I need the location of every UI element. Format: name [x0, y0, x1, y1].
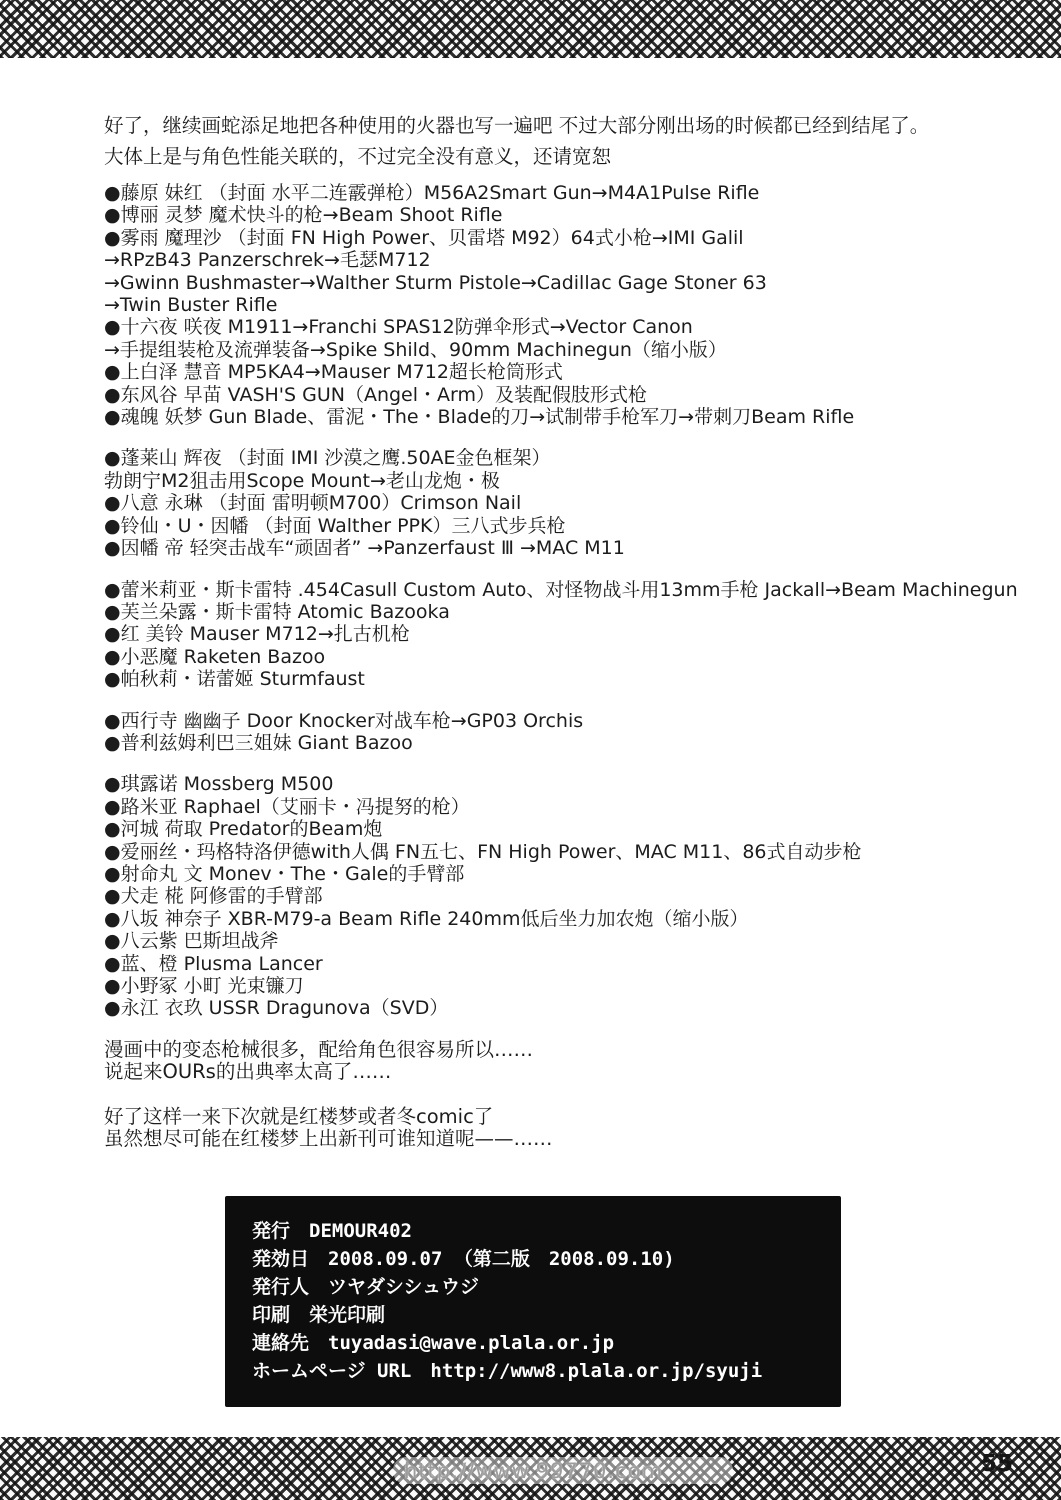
- weapon-line: ●西行寺 幽幽子 Door Knocker对战车枪→GP03 Orchis: [104, 710, 984, 732]
- weapon-line: ●雾雨 魔理沙 （封面 FN High Power、贝雷塔 M92）64式小枪→…: [104, 227, 984, 249]
- colophon-label: 印刷: [252, 1304, 290, 1326]
- colophon-label: 発効日: [252, 1248, 309, 1270]
- weapon-line: ●普利兹姆利巴三姐妹 Giant Bazoo: [104, 732, 984, 754]
- weapon-line: ●琪露诺 Mossberg M500: [104, 773, 984, 795]
- colophon-row: 発効日 2008.09.07 （第二版 2008.09.10): [252, 1245, 831, 1273]
- weapon-line: ●小恶魔 Raketen Bazoo: [104, 646, 984, 668]
- colophon-value: 2008.09.07 （第二版 2008.09.10): [328, 1248, 675, 1270]
- colophon-row: 連絡先 tuyadasi@wave.plala.or.jp: [252, 1329, 831, 1357]
- weapon-line: 勃朗宁M2狙击用Scope Mount→老山龙炮・极: [104, 470, 984, 492]
- outro-paragraphs: 漫画中的变态枪械很多，配给角色很容易所以……说起来OURs的出典率太高了…… 好…: [104, 1039, 984, 1151]
- weapon-line: ●永江 衣玖 USSR Dragunova（SVD）: [104, 997, 984, 1019]
- weapon-line: ●帕秋莉・诺蕾姬 Sturmfaust: [104, 668, 984, 690]
- weapon-line: ●博丽 灵梦 魔术快斗的枪→Beam Shoot Rifle: [104, 204, 984, 226]
- weapon-line: ●红 美铃 Mauser M712→扎古机枪: [104, 623, 984, 645]
- colophon-row: 印刷 栄光印刷: [252, 1301, 831, 1329]
- weapon-line: ●河城 荷取 Predator的Beam炮: [104, 818, 984, 840]
- weapon-group: ●藤原 妹红 （封面 水平二连霰弹枪）M56A2Smart Gun→M4A1Pu…: [104, 182, 984, 428]
- colophon-label: ホームページ URL: [252, 1360, 411, 1382]
- weapon-line: ●上白泽 慧音 MP5KA4→Mauser M712超长枪筒形式: [104, 361, 984, 383]
- colophon-value: http://www8.plala.or.jp/syuji: [430, 1360, 762, 1382]
- weapon-line: ●爱丽丝・玛格特洛伊德with人偶 FN五七、FN High Power、MAC…: [104, 841, 984, 863]
- weapon-line: ●八意 永琳 （封面 雷明顿M700）Crimson Nail: [104, 492, 984, 514]
- colophon-box: 発行 DEMOUR402発効日 2008.09.07 （第二版 2008.09.…: [225, 1196, 841, 1407]
- weapon-group: ●蓬莱山 辉夜 （封面 IMI 沙漠之鹰.50AE金色框架）勃朗宁M2狙击用Sc…: [104, 447, 984, 559]
- outro-paragraph-2: 好了这样一来下次就是红楼梦或者冬comic了虽然想尽可能在红楼梦上出新刊可谁知道…: [104, 1106, 984, 1151]
- weapon-line: →Twin Buster Rifle: [104, 294, 984, 316]
- weapon-line: ●八坂 神奈子 XBR-M79-a Beam Rifle 240mm低后坐力加农…: [104, 908, 984, 930]
- weapon-line: →Gwinn Bushmaster→Walther Sturm Pistole→…: [104, 272, 984, 294]
- weapon-line: ●犬走 椛 阿修雷的手臂部: [104, 885, 984, 907]
- weapon-groups: ●藤原 妹红 （封面 水平二连霰弹枪）M56A2Smart Gun→M4A1Pu…: [104, 182, 984, 1020]
- weapon-line: ●路米亚 Raphael（艾丽卡・冯提努的枪）: [104, 796, 984, 818]
- weapon-line: ●铃仙・U・因幡 （封面 Walther PPK）三八式步兵枪: [104, 515, 984, 537]
- colophon-label: 発行人: [252, 1276, 309, 1298]
- watermark-url: http://www.99770.com: [404, 1459, 663, 1483]
- weapon-group: ●西行寺 幽幽子 Door Knocker对战车枪→GP03 Orchis●普利…: [104, 710, 984, 755]
- weapon-line: ●东风谷 早苗 VASH'S GUN（Angel・Arm）及装配假肢形式枪: [104, 384, 984, 406]
- colophon-row: 発行 DEMOUR402: [252, 1217, 831, 1245]
- colophon-value: tuyadasi@wave.plala.or.jp: [328, 1332, 614, 1354]
- weapon-line: ●因幡 帝 轻突击战车“顽固者” →Panzerfaust Ⅲ →MAC M11: [104, 537, 984, 559]
- intro-line: 好了，继续画蛇添足地把各种使用的火器也写一遍吧 不过大部分刚出场的时候都已经到结…: [104, 110, 984, 141]
- weapon-line: ●蓝、橙 Plusma Lancer: [104, 953, 984, 975]
- weapon-line: ●蓬莱山 辉夜 （封面 IMI 沙漠之鹰.50AE金色框架）: [104, 447, 984, 469]
- colophon-row: 発行人 ツヤダシシュウジ: [252, 1273, 831, 1301]
- outro-line: 说起来OURs的出典率太高了……: [104, 1061, 984, 1083]
- colophon-label: 連絡先: [252, 1332, 309, 1354]
- weapon-line: ●八云紫 巴斯坦战斧: [104, 930, 984, 952]
- weapon-line: →RPzB43 Panzerschrek→毛瑟M712: [104, 249, 984, 271]
- weapon-line: →手提组装枪及流弹装备→Spike Shild、90mm Machinegun（…: [104, 339, 984, 361]
- outro-line: 好了这样一来下次就是红楼梦或者冬comic了: [104, 1106, 984, 1128]
- outro-paragraph-1: 漫画中的变态枪械很多，配给角色很容易所以……说起来OURs的出典率太高了……: [104, 1039, 984, 1084]
- weapon-line: ●蕾米莉亚・斯卡雷特 .454Casull Custom Auto、对怪物战斗用…: [104, 579, 984, 601]
- weapon-line: ●魂魄 妖梦 Gun Blade、雷泥・The・Blade的刀→试制带手枪军刀→…: [104, 406, 984, 428]
- colophon-row: ホームページ URL http://www8.plala.or.jp/syuji: [252, 1357, 831, 1385]
- weapon-line: ●小野冢 小町 光束镰刀: [104, 975, 984, 997]
- weapon-line: ●十六夜 咲夜 M1911→Franchi SPAS12防弹伞形式→Vector…: [104, 316, 984, 338]
- weapon-line: ●射命丸 文 Monev・The・Gale的手臂部: [104, 863, 984, 885]
- weapon-line: ●藤原 妹红 （封面 水平二连霰弹枪）M56A2Smart Gun→M4A1Pu…: [104, 182, 984, 204]
- decorative-border-top: [0, 0, 1061, 58]
- colophon-rows: 発行 DEMOUR402発効日 2008.09.07 （第二版 2008.09.…: [225, 1196, 841, 1385]
- weapon-line: ●芙兰朵露・斯卡雷特 Atomic Bazooka: [104, 601, 984, 623]
- intro-paragraph: 好了，继续画蛇添足地把各种使用的火器也写一遍吧 不过大部分刚出场的时候都已经到结…: [104, 110, 984, 172]
- outro-line: 虽然想尽可能在红楼梦上出新刊可谁知道呢——……: [104, 1128, 984, 1150]
- outro-line: 漫画中的变态枪械很多，配给角色很容易所以……: [104, 1039, 984, 1061]
- page-body: 好了，继续画蛇添足地把各种使用的火器也写一遍吧 不过大部分刚出场的时候都已经到结…: [104, 110, 984, 1150]
- page-number: 55: [981, 1451, 1013, 1477]
- weapon-group: ●琪露诺 Mossberg M500●路米亚 Raphael（艾丽卡・冯提努的枪…: [104, 773, 984, 1019]
- colophon-value: ツヤダシシュウジ: [328, 1276, 479, 1298]
- weapon-group: ●蕾米莉亚・斯卡雷特 .454Casull Custom Auto、对怪物战斗用…: [104, 579, 984, 691]
- colophon-label: 発行: [252, 1220, 290, 1242]
- colophon-value: DEMOUR402: [309, 1220, 412, 1242]
- intro-line: 大体上是与角色性能关联的，不过完全没有意义，还请宽恕: [104, 141, 984, 172]
- colophon-value: 栄光印刷: [309, 1304, 385, 1326]
